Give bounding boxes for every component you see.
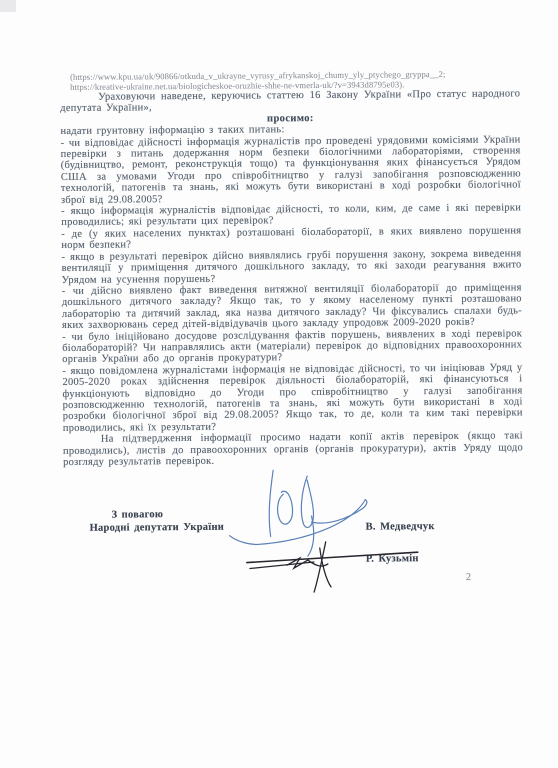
question-paragraph: - чи було ініційовано досудове розслідув…	[62, 328, 522, 366]
question-paragraph: - чи відповідає дійсності інформація жур…	[61, 134, 522, 206]
scanned-document-page: (https://www.kpu.ua/uk/90866/otkuda_v_uk…	[0, 0, 558, 768]
document-body: (https://www.kpu.ua/uk/90866/otkuda_v_uk…	[60, 68, 524, 612]
salutation: З повагою	[111, 510, 163, 522]
question-paragraph: - якщо в результаті перевірок дійсно вия…	[61, 248, 521, 286]
page-number: 2	[466, 572, 471, 583]
signers-title: Народні депутати України	[90, 522, 225, 534]
closing-paragraph: На підтвердження інформації просимо нада…	[63, 431, 523, 469]
kuzmin-signature	[242, 540, 432, 601]
signature-block: З повагою Народні депутати України В. Ме…	[63, 469, 524, 613]
question-paragraph: - якщо повідомлена журналістами інформац…	[62, 362, 523, 434]
question-paragraph: - чи дійсно виявлено факт виведення витя…	[62, 282, 522, 331]
scan-corner-artifact	[0, 0, 16, 12]
